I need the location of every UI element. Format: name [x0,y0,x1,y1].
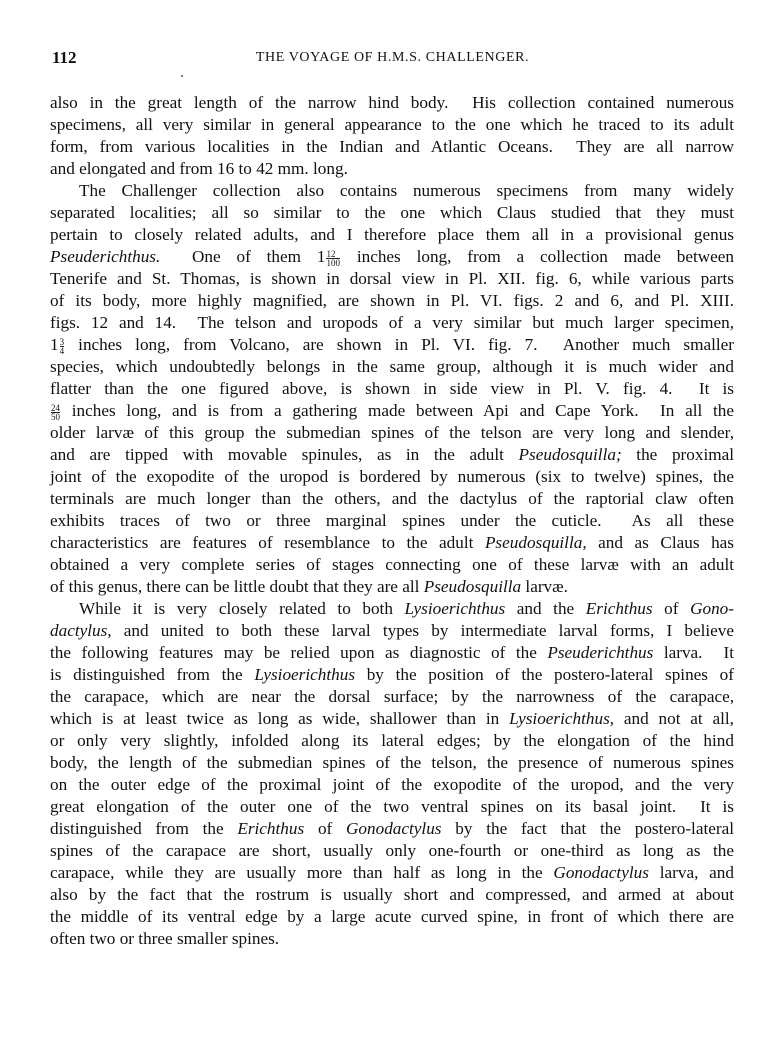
text-run: on the outer edge of the proximal joint … [50,775,734,794]
text-run: characteristics are features of resembla… [50,533,485,552]
text-line: dactylus, and united to both these larva… [50,620,734,642]
text-run: distinguished from the [50,819,237,838]
text-line: is distinguished from the Lysioerichthus… [50,664,734,686]
text-line: pertain to closely related adults, and I… [50,224,734,246]
text-line: The Challenger collection also contains … [50,180,734,202]
text-run: and the [505,599,586,618]
italic-taxon: Pseudosquilla [424,577,521,596]
text-run: spines of the carapace are short, usuall… [50,841,734,860]
paragraph: also in the great length of the narrow h… [50,92,734,180]
book-page: 112 THE VOYAGE OF H.M.S. CHALLENGER. als… [0,0,776,1050]
text-line: the middle of its ventral edge by a larg… [50,906,734,928]
text-run: inches long, from Volcano, are shown in … [65,335,734,354]
text-run: specimens, all very similar in general a… [50,115,734,134]
text-line: and elongated and from 16 to 42 mm. long… [50,158,734,180]
text-run: and as Claus has [587,533,734,552]
text-run: inches long, and is from a gathering mad… [61,401,734,420]
text-run: also by the fact that the rostrum is usu… [50,885,734,904]
text-run: or only very slightly, infolded along it… [50,731,734,750]
text-line: of this genus, there can be little doubt… [50,576,734,598]
text-run: by the position of the postero-lateral s… [355,665,734,684]
text-line: distinguished from the Erichthus of Gono… [50,818,734,840]
text-run: form, from various localities in the Ind… [50,137,734,156]
italic-taxon: Erichthus [586,599,653,618]
text-run: the following features may be relied upo… [50,643,547,662]
text-run: the middle of its ventral edge by a larg… [50,907,734,926]
text-run: exhibits traces of two or three marginal… [50,511,734,530]
text-line: which is at least twice as long as wide,… [50,708,734,730]
text-line: specimens, all very similar in general a… [50,114,734,136]
text-run: larva, and [649,863,734,882]
text-line: flatter than the one figured above, is s… [50,378,734,400]
text-run: which is at least twice as long as wide,… [50,709,509,728]
text-run: One of them 1 [160,247,325,266]
italic-taxon: Pseuderichthus [547,643,653,662]
text-line: the carapace, which are near the dorsal … [50,686,734,708]
text-line: figs. 12 and 14. The telson and uropods … [50,312,734,334]
text-line: and are tipped with movable spinules, as… [50,444,734,466]
print-speck [181,75,183,77]
text-run: of [304,819,346,838]
running-title: THE VOYAGE OF H.M.S. CHALLENGER. [52,50,733,66]
text-run: the carapace, which are near the dorsal … [50,687,734,706]
text-run: The Challenger collection also contains … [79,181,734,200]
text-line: characteristics are features of resembla… [50,532,734,554]
text-run: is distinguished from the [50,665,254,684]
italic-taxon: Erichthus [237,819,304,838]
italic-taxon: dactylus, [50,621,112,640]
text-line: exhibits traces of two or three marginal… [50,510,734,532]
text-run: While it is very closely related to both [79,599,405,618]
text-run: joint of the exopodite of the uropod is … [50,467,734,486]
text-line: 2450 inches long, and is from a gatherin… [50,400,734,422]
text-run: by the fact that the postero-lateral [442,819,735,838]
text-run: of its body, more highly magnified, are … [50,291,734,310]
text-line: great elongation of the outer one of the… [50,796,734,818]
text-run: figs. 12 and 14. The telson and uropods … [50,313,734,332]
text-run: and are tipped with movable spinules, as… [50,445,519,464]
italic-taxon: Gonodactylus [346,819,441,838]
text-run: older larvæ of this group the submedian … [50,423,734,442]
text-run: larvæ. [521,577,568,596]
text-run: of this genus, there can be little doubt… [50,577,424,596]
text-run: body, the length of the submedian spines… [50,753,734,772]
text-line: also by the fact that the rostrum is usu… [50,884,734,906]
text-line: often two or three smaller spines. [50,928,734,950]
text-run: Tenerife and St. Thomas, is shown in dor… [50,269,734,288]
text-line: species, which undoubtedly belongs in th… [50,356,734,378]
text-run: the proximal [622,445,734,464]
text-line: of its body, more highly magnified, are … [50,290,734,312]
text-line: the following features may be relied upo… [50,642,734,664]
text-line: terminals are much longer than the other… [50,488,734,510]
body-text: also in the great length of the narrow h… [50,92,734,950]
text-run: species, which undoubtedly belongs in th… [50,357,734,376]
text-run: of [653,599,690,618]
text-run: inches long, from a collection made betw… [341,247,734,266]
text-line: body, the length of the submedian spines… [50,752,734,774]
text-run: often two or three smaller spines. [50,929,279,948]
fraction: 34 [60,338,65,355]
paragraph: While it is very closely related to both… [50,598,734,950]
text-line: on the outer edge of the proximal joint … [50,774,734,796]
text-line: Tenerife and St. Thomas, is shown in dor… [50,268,734,290]
text-run: and united to both these larval types by… [112,621,734,640]
italic-taxon: Pseudosquilla; [519,445,622,464]
italic-taxon: Pseudosquilla, [485,533,587,552]
text-line: While it is very closely related to both… [50,598,734,620]
fraction: 2450 [51,404,60,421]
text-run: and not at all, [614,709,734,728]
text-line: Pseuderichthus. One of them 112100 inche… [50,246,734,268]
fraction: 12100 [326,250,340,267]
text-run: and elongated and from 16 to 42 mm. long… [50,159,348,178]
text-run: separated localities; all so similar to … [50,203,734,222]
text-run: terminals are much longer than the other… [50,489,734,508]
italic-taxon: Gonodactylus [553,863,648,882]
italic-taxon: Lysioerichthus [405,599,506,618]
text-run: obtained a very complete series of stage… [50,555,734,574]
paragraph: The Challenger collection also contains … [50,180,734,598]
text-run: 1 [50,335,59,354]
text-run: carapace, while they are usually more th… [50,863,553,882]
text-line: older larvæ of this group the submedian … [50,422,734,444]
italic-taxon: Lysioerichthus, [509,709,614,728]
text-line: separated localities; all so similar to … [50,202,734,224]
text-run: also in the great length of the narrow h… [50,93,734,112]
text-line: 134 inches long, from Volcano, are shown… [50,334,734,356]
text-line: joint of the exopodite of the uropod is … [50,466,734,488]
text-run: larva. It [653,643,734,662]
text-line: obtained a very complete series of stage… [50,554,734,576]
text-line: form, from various localities in the Ind… [50,136,734,158]
text-run: great elongation of the outer one of the… [50,797,734,816]
running-head: 112 THE VOYAGE OF H.M.S. CHALLENGER. [52,48,733,72]
italic-taxon: Lysioerichthus [254,665,355,684]
italic-taxon: Pseuderichthus. [50,247,160,266]
text-line: carapace, while they are usually more th… [50,862,734,884]
text-run: pertain to closely related adults, and I… [50,225,734,244]
text-line: spines of the carapace are short, usuall… [50,840,734,862]
text-run: flatter than the one figured above, is s… [50,379,734,398]
italic-taxon: Gono- [690,599,734,618]
text-line: also in the great length of the narrow h… [50,92,734,114]
text-line: or only very slightly, infolded along it… [50,730,734,752]
